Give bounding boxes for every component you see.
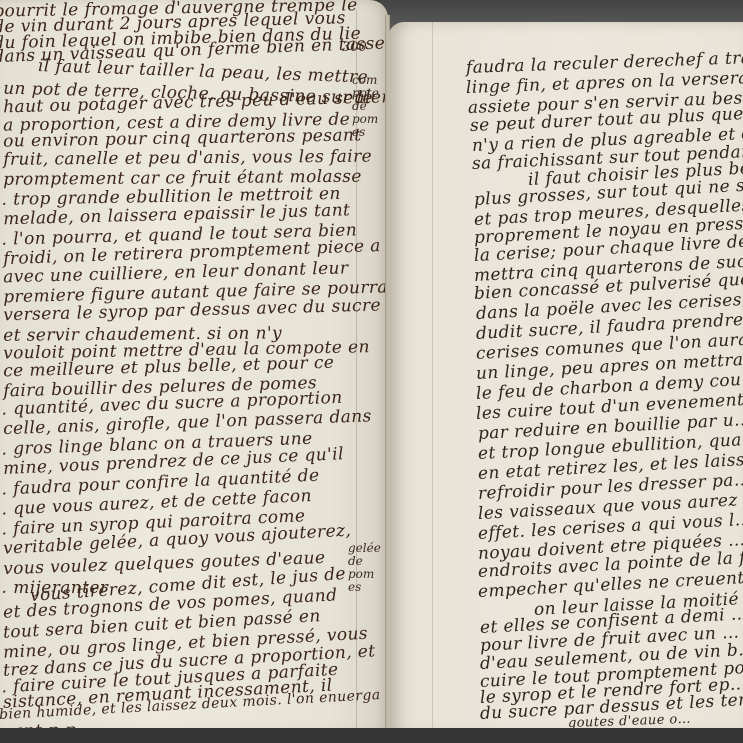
background-bottom [0,728,743,743]
margin-note-gelee: gelée de pom es [348,542,381,594]
left-page: 300 com pote de pom es gelée de pom es …… [0,0,388,732]
page-fold-line [432,22,433,734]
right-page: faudra la reculer derechef a trauers lin… [388,22,743,734]
book-spread: 300 com pote de pom es gelée de pom es …… [0,0,743,743]
